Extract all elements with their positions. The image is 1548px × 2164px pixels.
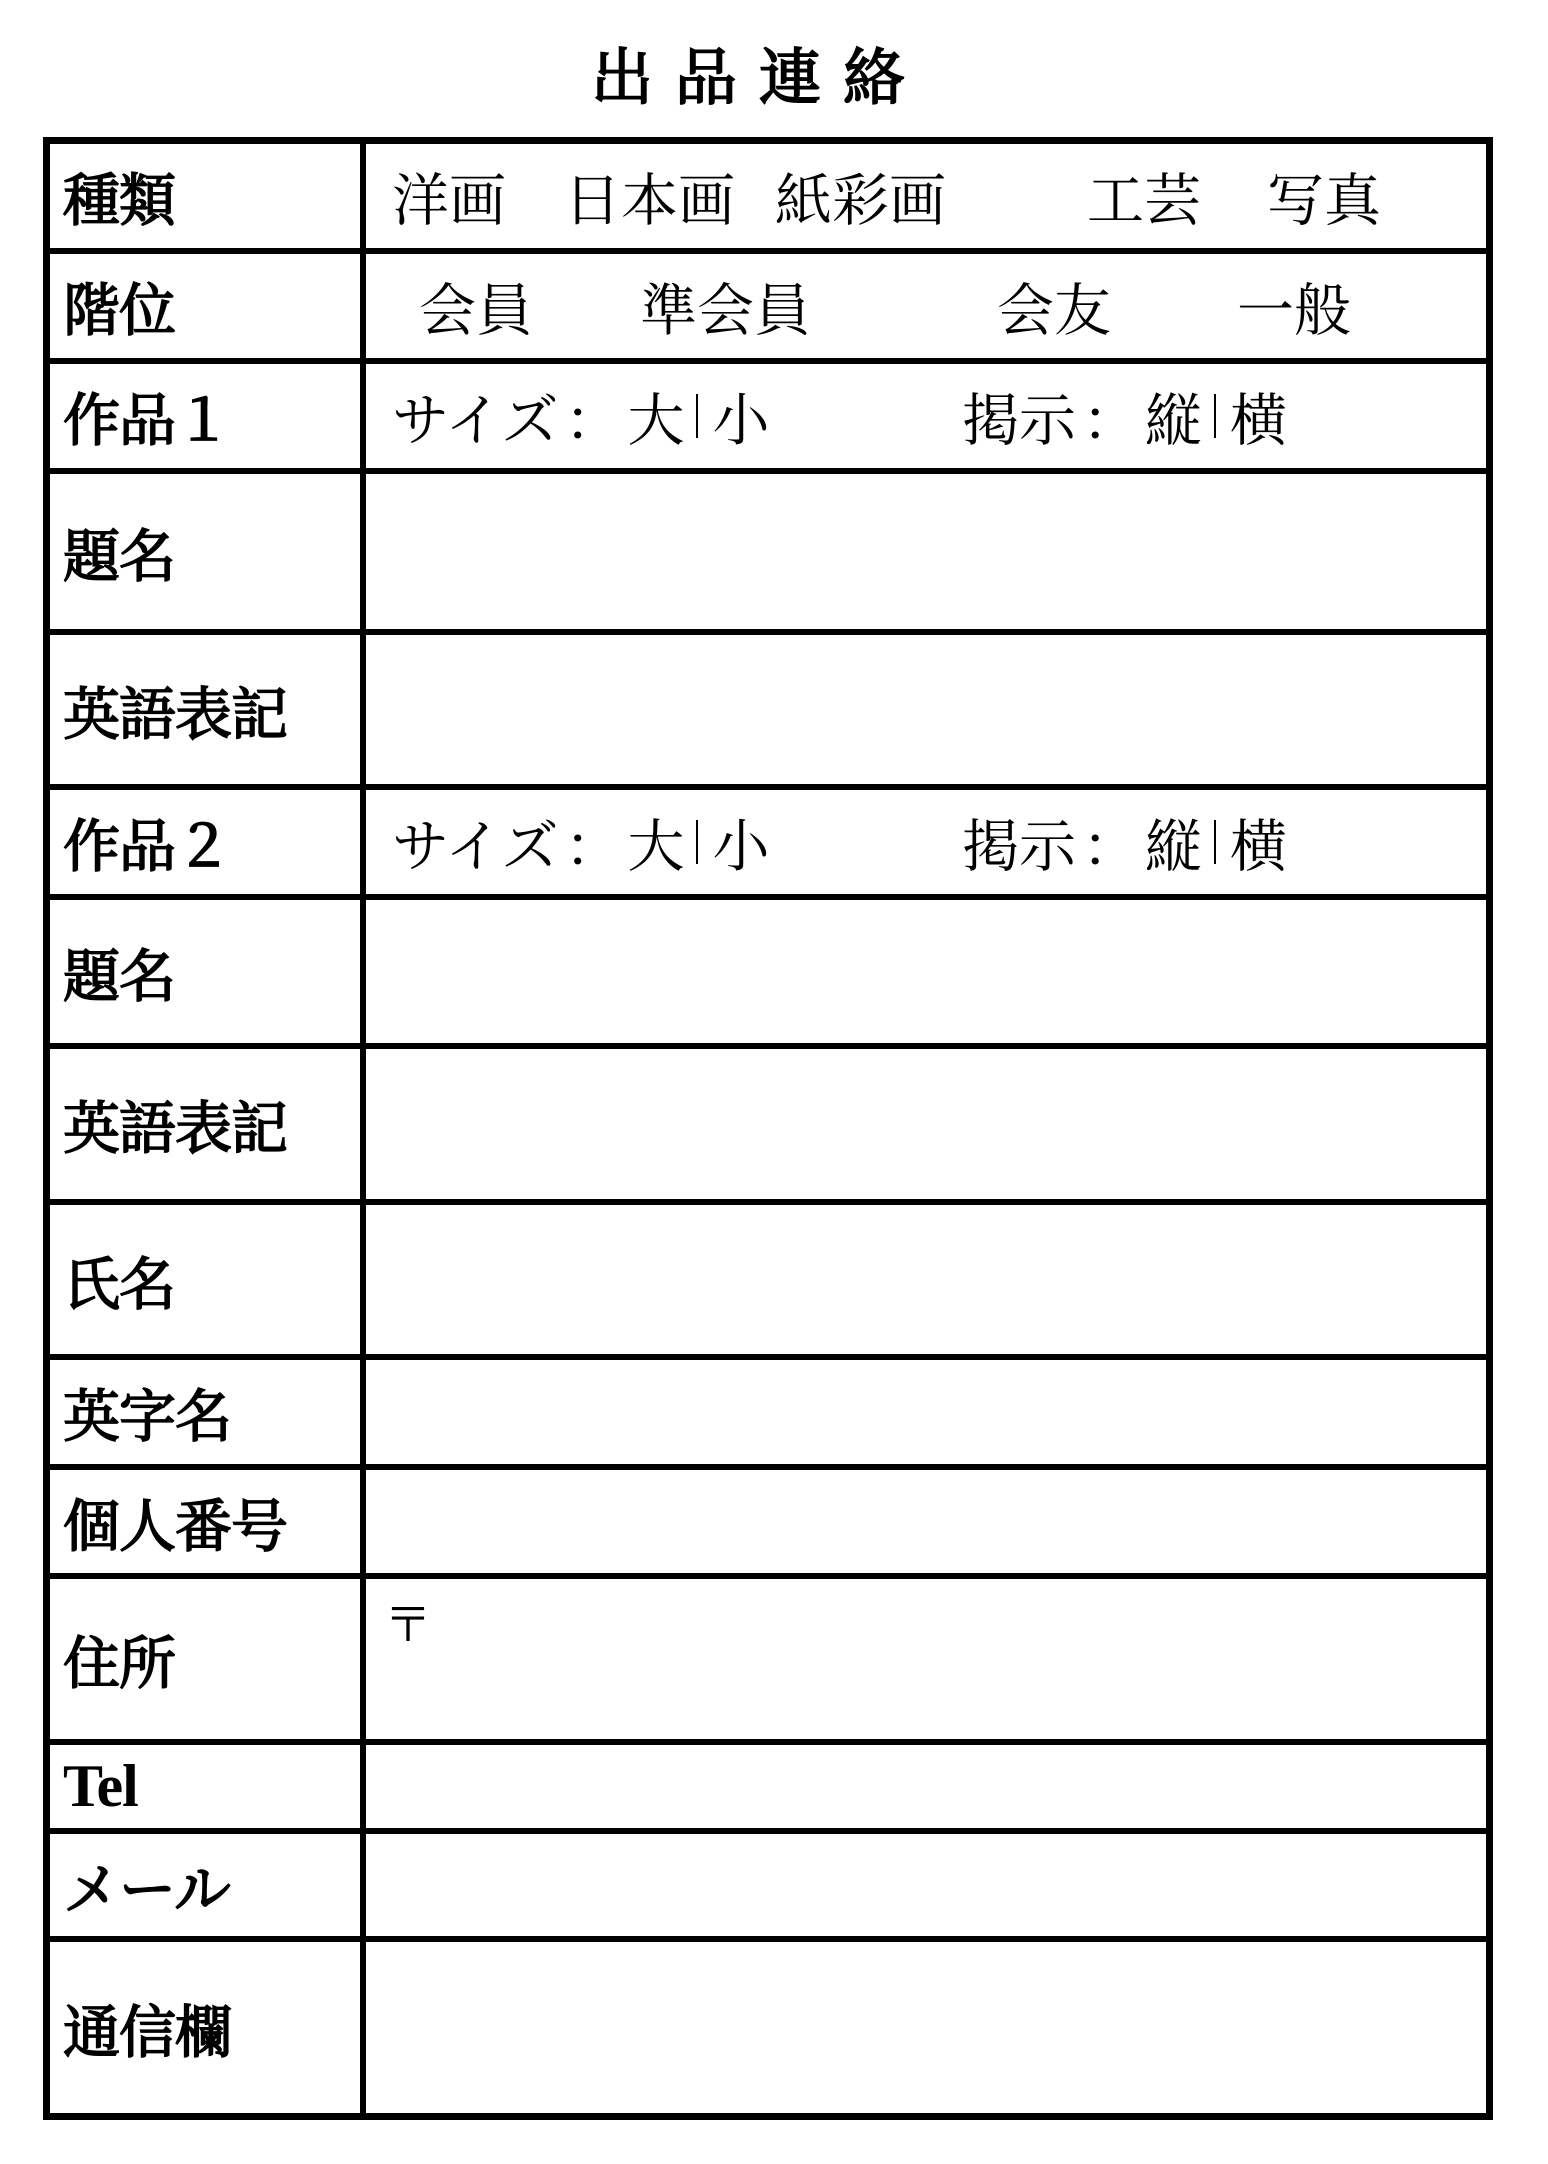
english-name-field[interactable] [366,1360,1486,1464]
work-2-size-large[interactable]: 大 [627,801,684,883]
work-1-size-large[interactable]: 大 [627,375,684,457]
title-1-field[interactable] [366,474,1486,629]
separator [1214,394,1216,438]
option-photo[interactable]: 写真 [1267,144,1381,248]
work-1-display-vertical[interactable]: 縦 [1145,375,1202,457]
message-field[interactable] [366,1942,1486,2113]
separator [696,820,698,864]
separator [696,394,698,438]
work-1-size-small[interactable]: 小 [712,375,769,457]
option-paper-color-painting[interactable]: 紙彩画 [775,144,946,248]
work-1-options: サイズ：大小 掲示：縦横 [366,364,1486,468]
label-name: 氏名 [63,1205,175,1354]
work-2-display-vertical[interactable]: 縦 [1145,801,1202,883]
work-2-size-small[interactable]: 小 [712,801,769,883]
work-1-display-horizontal[interactable]: 横 [1230,375,1287,457]
label-rank: 階位 [63,254,175,358]
entry-form-table: 種類 洋画 日本画 紙彩画 工芸 写真 階位 会員 準会員 会友 一般 作品１ … [43,137,1493,2120]
separator [1214,820,1216,864]
work-2-options: サイズ：大小 掲示：縦横 [366,790,1486,894]
row-work-2: 作品２ サイズ：大小 掲示：縦横 [50,784,1486,894]
label-tel: Tel [63,1745,138,1828]
row-rank: 階位 会員 準会員 会友 一般 [50,248,1486,358]
label-address: 住所 [63,1579,175,1739]
display-label: 掲示 [962,375,1076,457]
label-work-2: 作品２ [63,790,231,894]
name-field[interactable] [366,1205,1486,1354]
row-english-name: 英字名 [50,1354,1486,1464]
label-email: メール [63,1834,230,1936]
size-label: サイズ [392,801,558,883]
label-title-1: 題名 [63,474,175,629]
label-english-name: 英字名 [63,1360,231,1464]
personal-number-field[interactable] [366,1470,1486,1573]
row-title-2: 題名 [50,894,1486,1043]
work-2-size: サイズ：大小 [392,790,769,894]
display-label: 掲示 [962,801,1076,883]
row-category: 種類 洋画 日本画 紙彩画 工芸 写真 [50,144,1486,248]
english-title-1-field[interactable] [366,635,1486,784]
row-email: メール [50,1828,1486,1936]
option-member[interactable]: 会員 [419,254,533,358]
label-category: 種類 [63,144,175,248]
label-work-1: 作品１ [63,364,231,468]
row-personal-number: 個人番号 [50,1464,1486,1573]
work-2-display: 掲示：縦横 [962,790,1287,894]
label-title-2: 題名 [63,900,175,1043]
postal-mark-icon: 〒 [384,1601,432,1649]
row-tel: Tel [50,1739,1486,1828]
option-craft[interactable]: 工芸 [1087,144,1201,248]
option-western-painting[interactable]: 洋画 [392,144,506,248]
email-field[interactable] [366,1834,1486,1936]
row-work-1: 作品１ サイズ：大小 掲示：縦横 [50,358,1486,468]
rank-options: 会員 準会員 会友 一般 [366,254,1486,358]
label-english-title-1: 英語表記 [63,635,287,784]
size-label: サイズ [392,375,558,457]
colon: ： [1082,375,1139,457]
work-1-size: サイズ：大小 [392,364,769,468]
colon: ： [1082,801,1139,883]
option-general[interactable]: 一般 [1237,254,1351,358]
category-options: 洋画 日本画 紙彩画 工芸 写真 [366,144,1486,248]
option-japanese-painting[interactable]: 日本画 [564,144,735,248]
row-address: 住所 〒 [50,1573,1486,1739]
work-2-display-horizontal[interactable]: 横 [1230,801,1287,883]
row-title-1: 題名 [50,468,1486,629]
option-associate-member[interactable]: 準会員 [640,254,811,358]
colon: ： [564,801,621,883]
label-personal-number: 個人番号 [63,1470,287,1573]
tel-field[interactable] [366,1745,1486,1828]
row-message: 通信欄 [50,1936,1486,2113]
label-english-title-2: 英語表記 [63,1049,287,1199]
label-message: 通信欄 [63,1942,231,2113]
form-title: 出品連絡 [0,38,1548,118]
english-title-2-field[interactable] [366,1049,1486,1199]
row-name: 氏名 [50,1199,1486,1354]
row-english-title-2: 英語表記 [50,1043,1486,1199]
colon: ： [564,375,621,457]
title-2-field[interactable] [366,900,1486,1043]
option-friend-member[interactable]: 会友 [997,254,1111,358]
address-field[interactable]: 〒 [366,1579,1486,1739]
row-english-title-1: 英語表記 [50,629,1486,784]
work-1-display: 掲示：縦横 [962,364,1287,468]
